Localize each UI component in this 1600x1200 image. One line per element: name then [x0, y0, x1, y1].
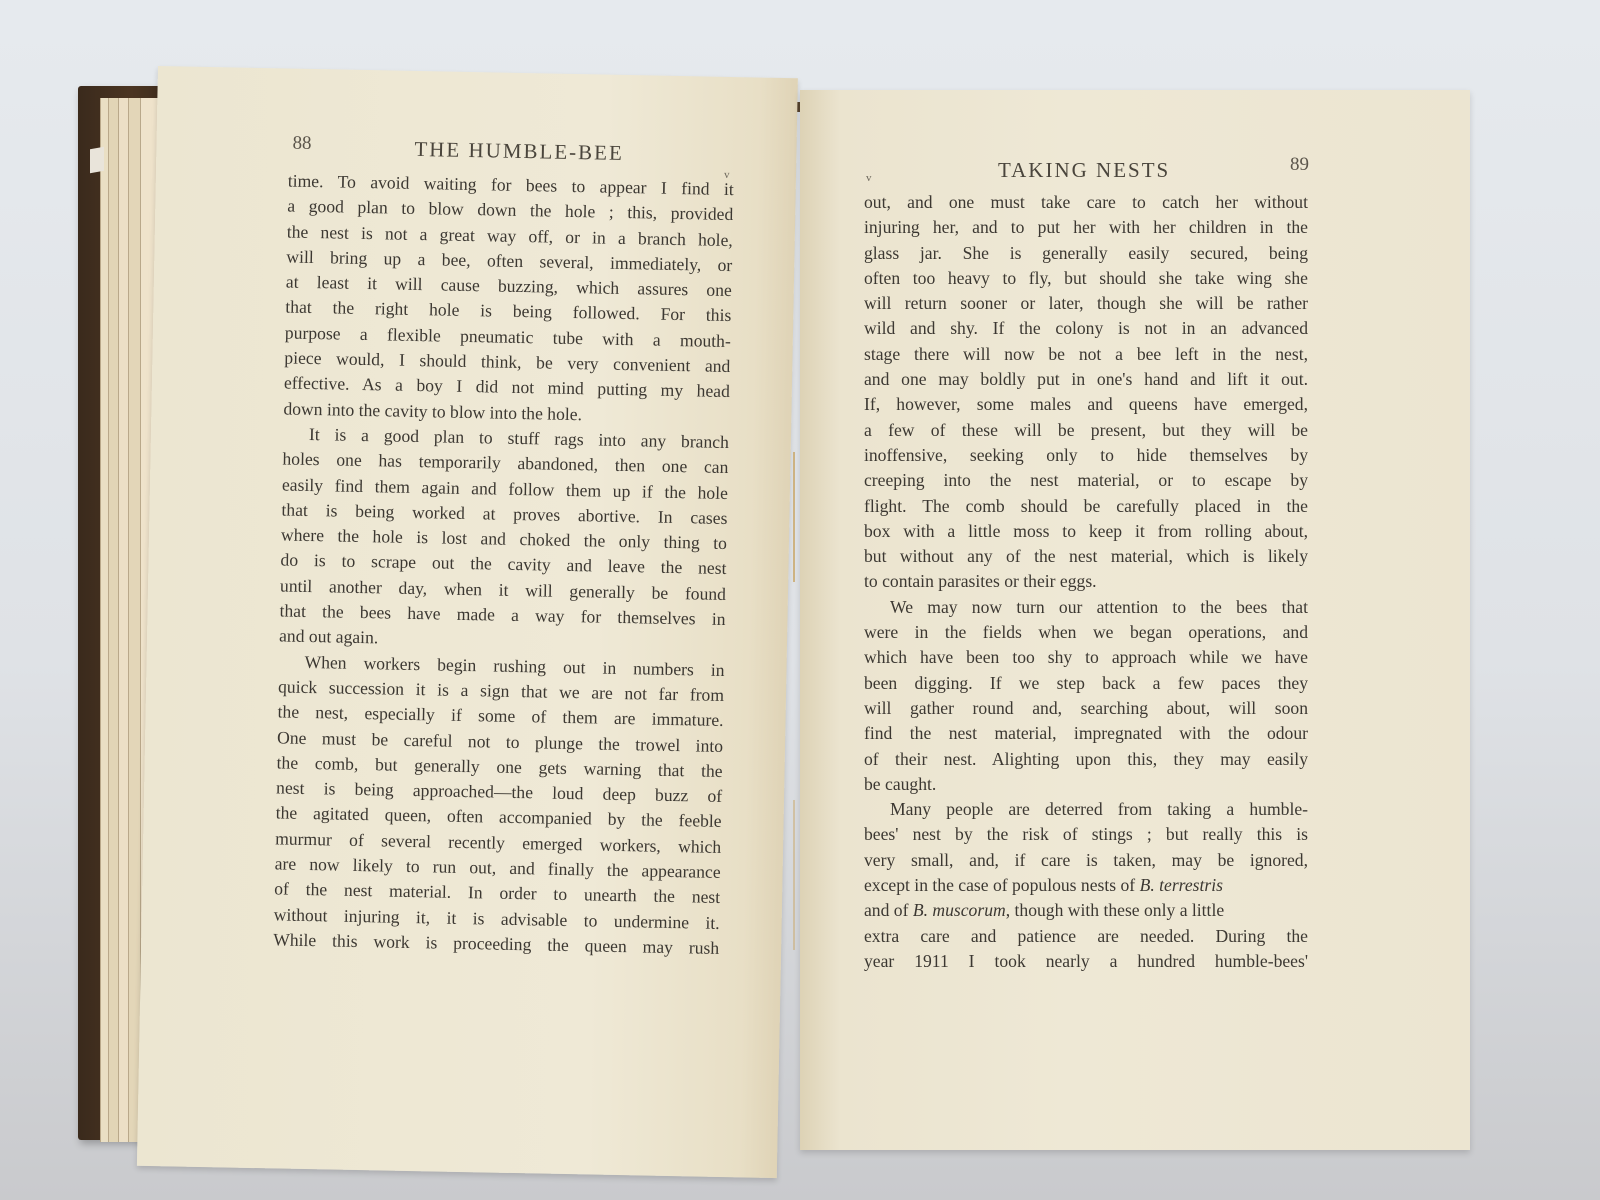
text-line: which have been too shy to approach whil…: [864, 645, 1308, 670]
text-line: box with a little moss to keep it from r…: [864, 519, 1308, 544]
text-line: of their nest. Alighting upon this, they…: [864, 747, 1308, 772]
left-page: 88 THE HUMBLE-BEE v time. To avoid waiti…: [137, 66, 798, 1178]
right-page: v TAKING NESTS 89 out, and one must take…: [800, 90, 1470, 1150]
page-number: 88: [292, 133, 311, 155]
text-fragment: , though with these only a little: [1006, 900, 1224, 920]
text-line: If, however, some males and queens have …: [864, 392, 1308, 417]
text-line: wild and shy. If the colony is not in an…: [864, 316, 1308, 341]
signature-mark: v: [866, 172, 872, 184]
text-line: out, and one must take care to catch her…: [864, 190, 1308, 215]
page-number: 89: [1290, 154, 1309, 176]
text-line: and one may boldly put in one's hand and…: [864, 367, 1308, 392]
text-line: bees' nest by the risk of stings ; but r…: [864, 822, 1308, 847]
running-head: THE HUMBLE-BEE: [414, 137, 624, 166]
text-line: inoffensive, seeking only to hide themse…: [864, 443, 1308, 468]
text-line: glass jar. She is generally easily secur…: [864, 241, 1308, 266]
text-line: often too heavy to fly, but should she t…: [864, 266, 1308, 291]
text-line: be caught.: [864, 772, 1308, 797]
text-line: to contain parasites or their eggs.: [864, 569, 1308, 594]
body-text: time. To avoid waiting for bees to appea…: [273, 169, 734, 962]
text-line: We may now turn our attention to the bee…: [864, 595, 1308, 620]
text-line: extra care and patience are needed. Duri…: [864, 924, 1308, 949]
species-name-italic: B. muscorum: [913, 900, 1006, 920]
text-line: but without any of the nest material, wh…: [864, 544, 1308, 569]
text-line: find the nest material, impregnated with…: [864, 721, 1308, 746]
text-line: creeping into the nest material, or to e…: [864, 468, 1308, 493]
text-line: were in the fields when we began operati…: [864, 620, 1308, 645]
text-line: will return sooner or later, though she …: [864, 291, 1308, 316]
text-line-with-italic: except in the case of populous nests of …: [864, 873, 1308, 898]
text-line: flight. The comb should be carefully pla…: [864, 494, 1308, 519]
text-line: will gather round and, searching about, …: [864, 696, 1308, 721]
species-name-italic: B. terrestris: [1140, 875, 1223, 895]
text-line-with-italic: and of B. muscorum, though with these on…: [864, 898, 1308, 923]
text-line: injuring her, and to put her with her ch…: [864, 215, 1308, 240]
cover-label-tab: [90, 147, 104, 173]
gutter-thread: [793, 800, 795, 950]
text-line: very small, and, if care is taken, may b…: [864, 848, 1308, 873]
running-head: TAKING NESTS: [998, 158, 1170, 183]
text-fragment: except in the case of populous nests of: [864, 875, 1140, 895]
text-line: year 1911 I took nearly a hundred humble…: [864, 949, 1308, 974]
text-line: been digging. If we step back a few pace…: [864, 671, 1308, 696]
photo-scene: 88 THE HUMBLE-BEE v time. To avoid waiti…: [0, 0, 1600, 1200]
text-line: Many people are deterred from taking a h…: [864, 797, 1308, 822]
text-fragment: and of: [864, 900, 913, 920]
body-text: out, and one must take care to catch her…: [864, 190, 1308, 974]
gutter-thread: [793, 452, 795, 582]
text-line: a few of these will be present, but they…: [864, 418, 1308, 443]
text-line: stage there will now be not a bee left i…: [864, 342, 1308, 367]
